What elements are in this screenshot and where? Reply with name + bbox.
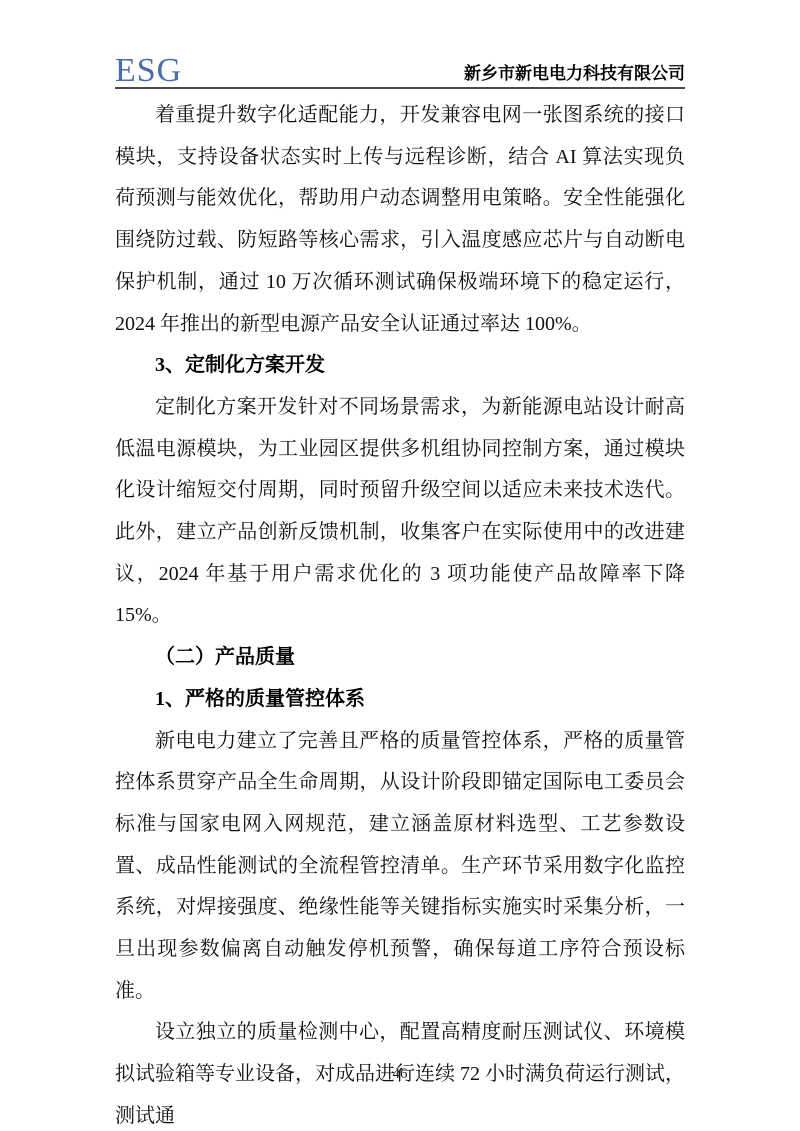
document-body: 着重提升数字化适配能力，开发兼容电网一张图系统的接口模块，支持设备状态实时上传与… — [115, 95, 685, 1131]
body-paragraph: 定制化方案开发针对不同场景需求，为新能源电站设计耐高低温电源模块，为工业园区提供… — [115, 387, 685, 637]
section-heading: 3、定制化方案开发 — [115, 345, 685, 387]
esg-logo: ESG — [115, 54, 182, 88]
section-heading: 1、严格的质量管控体系 — [115, 679, 685, 721]
page-footer: 46 — [0, 1065, 800, 1083]
body-paragraph: 着重提升数字化适配能力，开发兼容电网一张图系统的接口模块，支持设备状态实时上传与… — [115, 95, 685, 345]
header-divider — [115, 87, 685, 89]
body-paragraph: 新电电力建立了完善且严格的质量管控体系，严格的质量管控体系贯穿产品全生命周期，从… — [115, 721, 685, 1013]
page-header: ESG 新乡市新电电力科技有限公司 — [115, 46, 685, 88]
document-page: ESG 新乡市新电电力科技有限公司 着重提升数字化适配能力，开发兼容电网一张图系… — [0, 0, 800, 1131]
page-number: 46 — [393, 1066, 408, 1082]
section-heading: （二）产品质量 — [115, 637, 685, 679]
company-name: 新乡市新电电力科技有限公司 — [464, 59, 685, 84]
